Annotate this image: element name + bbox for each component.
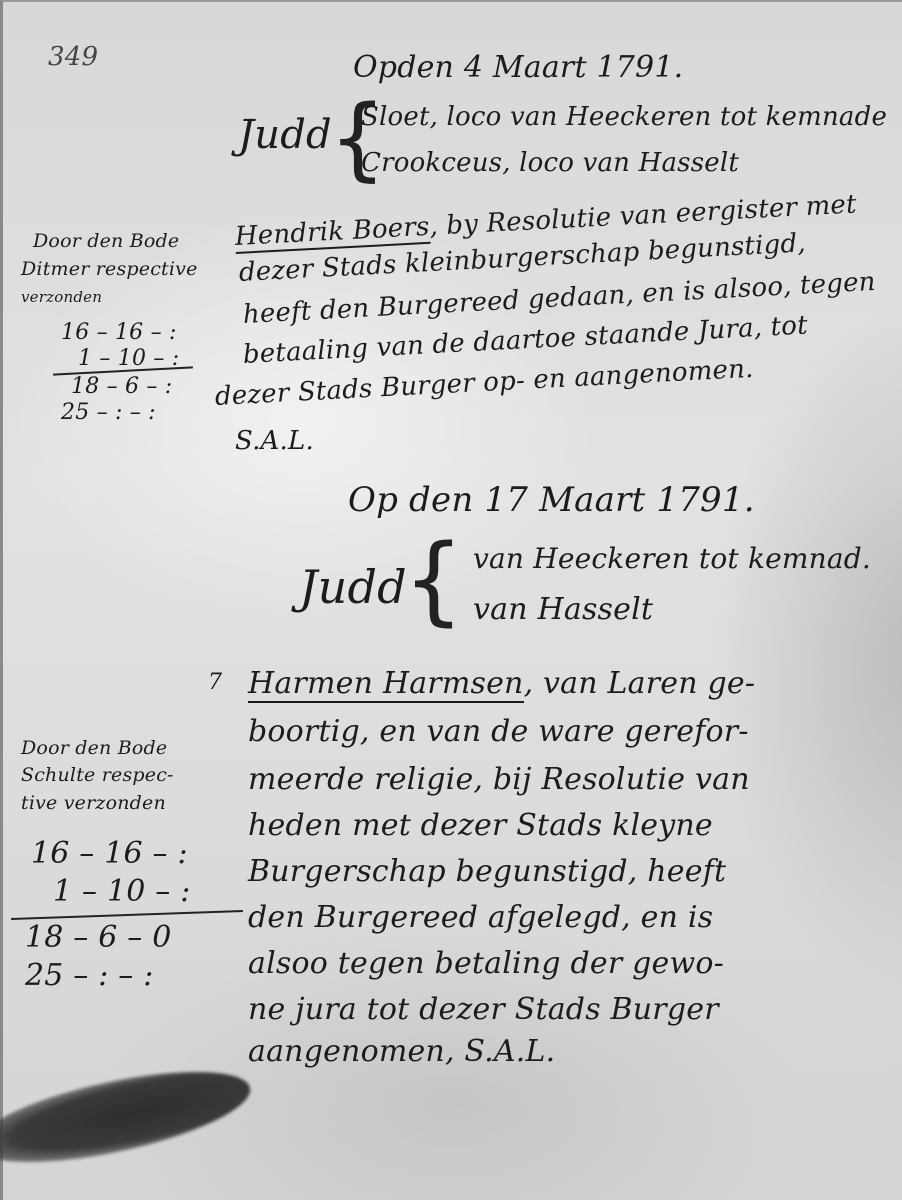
entry2-line-5: Burgerschap begunstigd, heeft bbox=[248, 854, 726, 889]
entry2-margin-note-2: Schulte respec- bbox=[21, 764, 174, 786]
entry1-amount-1: 16 – 16 – : bbox=[61, 320, 177, 345]
entry1-margin-note-2: Ditmer respective bbox=[21, 258, 198, 280]
entry1-judge-1: Sloet, loco van Heeckeren tot kemnade bbox=[361, 102, 887, 132]
entry2-line-6: den Burgereed afgelegd, en is bbox=[248, 900, 713, 935]
entry2-line-7: alsoo tegen betaling der gewo- bbox=[248, 946, 724, 981]
entry2-line-2: boortig, en van de ware gerefor- bbox=[248, 714, 749, 749]
entry2-mark: 7 bbox=[208, 670, 222, 695]
entry1-signature: S.A.L. bbox=[235, 426, 314, 456]
entry2-date: Op den 17 Maart 1791. bbox=[348, 480, 755, 520]
entry2-line-9: aangenomen, S.A.L. bbox=[248, 1034, 555, 1069]
entry2-amount-4: 25 – : – : bbox=[25, 958, 154, 993]
entry1-margin-note-3: verzonden bbox=[21, 288, 102, 306]
entry2-line-3: meerde religie, bij Resolutie van bbox=[248, 762, 750, 797]
entry2-line-4: heden met dezer Stads kleyne bbox=[248, 808, 713, 843]
entry2-amount-3: 18 – 6 – 0 bbox=[25, 920, 172, 955]
entry2-line-8: ne jura tot dezer Stads Burger bbox=[248, 992, 719, 1027]
entry2-name: Harmen Harmsen bbox=[248, 666, 524, 703]
entry2-margin-note-1: Door den Bode bbox=[21, 737, 167, 759]
entry1-judge-2: Crookceus, loco van Hasselt bbox=[361, 148, 739, 178]
entry1-amount-4: 25 – : – : bbox=[61, 400, 156, 425]
entry2-judge-1: van Heeckeren tot kemnad. bbox=[473, 542, 871, 575]
page-number: 349 bbox=[48, 42, 98, 72]
entry2-line-1-rest: , van Laren ge- bbox=[524, 666, 756, 701]
entry2-margin-note-3: tive verzonden bbox=[21, 792, 166, 814]
thumb-shadow bbox=[0, 1054, 257, 1181]
entry1-margin-note-1: Door den Bode bbox=[33, 230, 179, 252]
entry2-amount-2: 1 – 10 – : bbox=[53, 874, 191, 909]
entry2-sum-rule bbox=[11, 910, 243, 920]
entry2-judd-label: Judd bbox=[299, 560, 407, 614]
entry2-brace-icon: { bbox=[403, 532, 464, 628]
entry2-line-1: Harmen Harmsen, van Laren ge- bbox=[248, 666, 755, 701]
entry2-amount-1: 16 – 16 – : bbox=[31, 836, 188, 871]
entry1-amount-3: 18 – 6 – : bbox=[71, 374, 172, 399]
entry2-judge-2: van Hasselt bbox=[473, 592, 653, 627]
manuscript-page: 349 Opden 4 Maart 1791. Judd { Sloet, lo… bbox=[0, 0, 902, 1200]
entry1-judd-label: Judd bbox=[238, 112, 332, 158]
entry1-date: Opden 4 Maart 1791. bbox=[353, 50, 683, 85]
entry1-name: Hendrik Boers bbox=[234, 212, 430, 254]
